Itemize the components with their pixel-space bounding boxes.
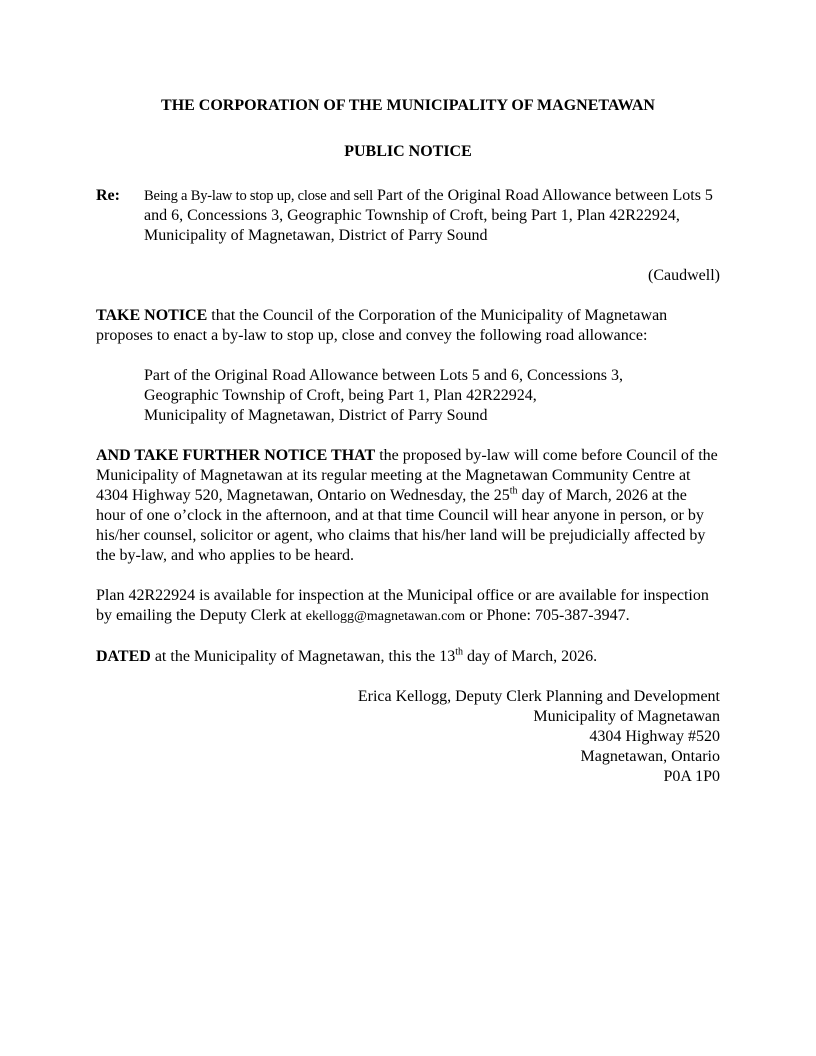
- property-line: Geographic Township of Croft, being Part…: [144, 386, 720, 406]
- re-section: Re: Being a By-law to stop up, close and…: [96, 186, 720, 246]
- dated-text-cont: day of March, 2026.: [463, 648, 597, 665]
- further-notice-paragraph: AND TAKE FURTHER NOTICE THAT the propose…: [96, 446, 720, 566]
- property-line: Part of the Original Road Allowance betw…: [144, 366, 720, 386]
- reference-name: (Caudwell): [96, 266, 720, 286]
- further-notice-bold: AND TAKE FURTHER NOTICE THAT: [96, 447, 375, 464]
- contact-email[interactable]: ekellogg@magnetawan.com: [306, 609, 465, 624]
- property-line: Municipality of Magnetawan, District of …: [144, 406, 720, 426]
- public-notice-document: THE CORPORATION OF THE MUNICIPALITY OF M…: [96, 96, 720, 787]
- organization-title: THE CORPORATION OF THE MUNICIPALITY OF M…: [96, 96, 720, 116]
- signature-postal-code: P0A 1P0: [96, 767, 720, 787]
- signature-municipality: Municipality of Magnetawan: [96, 707, 720, 727]
- inspection-paragraph: Plan 42R22924 is available for inspectio…: [96, 586, 720, 627]
- property-description: Part of the Original Road Allowance betw…: [96, 366, 720, 426]
- dated-bold: DATED: [96, 648, 151, 665]
- dated-paragraph: DATED at the Municipality of Magnetawan,…: [96, 647, 720, 667]
- dated-text: at the Municipality of Magnetawan, this …: [151, 648, 455, 665]
- take-notice-bold: TAKE NOTICE: [96, 307, 207, 324]
- signatory-name-title: Erica Kellogg, Deputy Clerk Planning and…: [96, 687, 720, 707]
- inspection-text-cont: or Phone:: [465, 607, 535, 624]
- re-text: Being a By-law to stop up, close and sel…: [144, 186, 720, 246]
- ordinal-suffix: th: [510, 486, 518, 497]
- ordinal-suffix: th: [455, 647, 463, 658]
- re-label: Re:: [96, 186, 144, 246]
- take-notice-paragraph: TAKE NOTICE that the Council of the Corp…: [96, 306, 720, 346]
- notice-title: PUBLIC NOTICE: [96, 142, 720, 162]
- signature-block: Erica Kellogg, Deputy Clerk Planning and…: [96, 687, 720, 787]
- signature-address: 4304 Highway #520: [96, 727, 720, 747]
- re-text-part1: Being a By-law to stop up, close and sel…: [144, 188, 373, 204]
- signature-city: Magnetawan, Ontario: [96, 747, 720, 767]
- contact-phone: 705-387-3947.: [535, 607, 630, 624]
